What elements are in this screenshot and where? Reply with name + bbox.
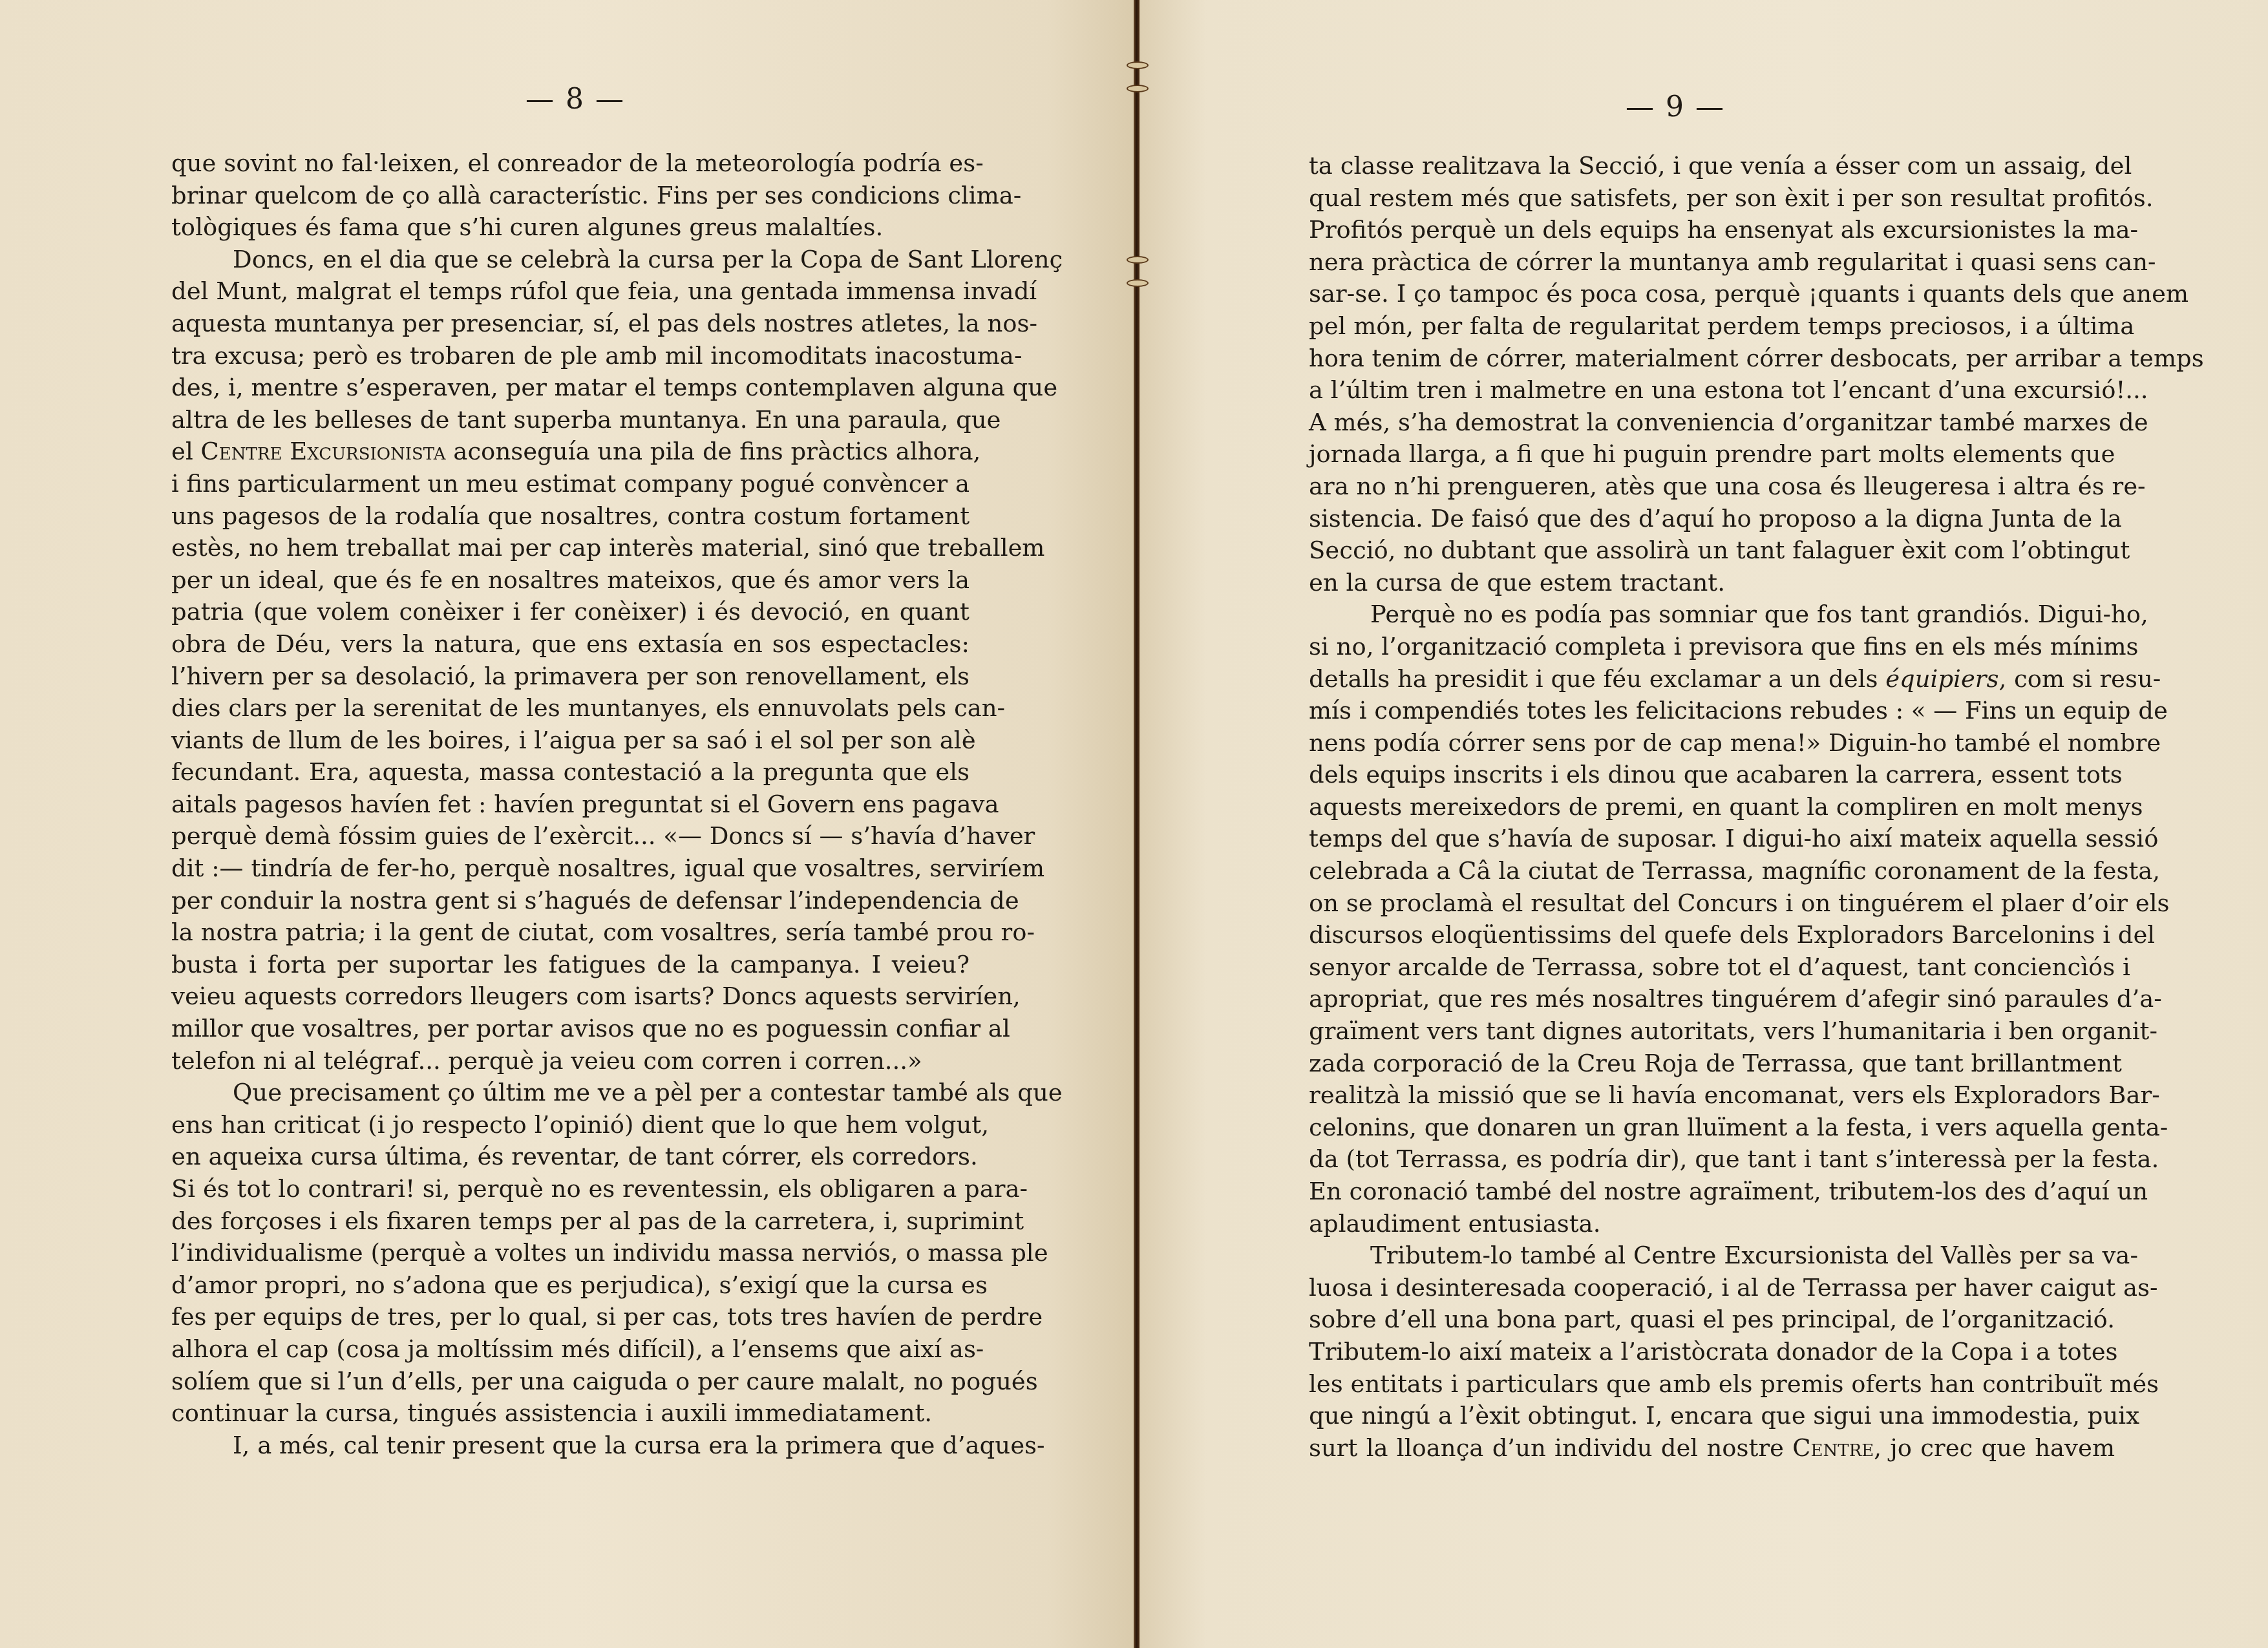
text-line: Profitós perquè un dels equips ha enseny… xyxy=(1309,214,2115,246)
text-line: realitzà la missió que se li havía encom… xyxy=(1309,1079,2115,1112)
text-line: altra de les belleses de tant superba mu… xyxy=(171,404,970,436)
text-line: apropriat, que res més nosaltres tinguér… xyxy=(1309,983,2115,1015)
text-line: on se proclamà el resultat del Concurs i… xyxy=(1309,887,2115,920)
text-line: continuar la cursa, tingués assistencia … xyxy=(171,1397,970,1430)
text-line: tra excusa; però es trobaren de ple amb … xyxy=(171,340,970,372)
text-line: uns pagesos de la rodalía que nosaltres,… xyxy=(171,500,970,533)
text-line: celonins, que donaren un gran lluïment a… xyxy=(1309,1112,2115,1144)
binding-stitch xyxy=(1127,279,1149,287)
text-line: detalls ha presidit i que féu exclamar a… xyxy=(1309,663,2115,695)
text-line: aplaudiment entusiasta. xyxy=(1309,1208,2115,1240)
text-line: nera pràctica de córrer la muntanya amb … xyxy=(1309,246,2115,279)
text-line: Si és tot lo contrari! si, perquè no es … xyxy=(171,1173,970,1205)
text-line: jornada llarga, a fi que hi puguin prend… xyxy=(1309,438,2115,470)
text-line: en la cursa de que estem tractant. xyxy=(1309,567,2115,599)
text-line: dit :— tindría de fer-ho, perquè nosaltr… xyxy=(171,852,970,885)
text-line: si no, l’organització completa i previso… xyxy=(1309,631,2115,663)
text-line: per un ideal, que és fe en nosaltres mat… xyxy=(171,564,970,597)
text-line: viants de llum de les boires, i l’aigua … xyxy=(171,724,970,757)
text-line: aitals pagesos havíen fet : havíen pregu… xyxy=(171,788,970,821)
text-line: que sovint no fal·leixen, el conreador d… xyxy=(171,147,970,180)
text-line: alhora el cap (cosa ja moltíssim més dif… xyxy=(171,1333,970,1366)
text-line: sistencia. De faisó que des d’aquí ho pr… xyxy=(1309,503,2115,535)
right-page-body: ta classe realitzava la Secció, i que ve… xyxy=(1309,150,2115,1464)
text-line: dies clars per la serenitat de les munta… xyxy=(171,692,970,724)
text-line: fes per equips de tres, per lo qual, si … xyxy=(171,1301,970,1333)
text-line: en aqueixa cursa última, és reventar, de… xyxy=(171,1141,970,1173)
text-line: patria (que volem conèixer i fer conèixe… xyxy=(171,596,970,628)
text-line: veieu aquests corredors lleugers com isa… xyxy=(171,980,970,1013)
text-line: surt la lloança d’un individu del nostre… xyxy=(1309,1432,2115,1464)
book-spine xyxy=(1134,0,1139,1648)
text-line: pel món, per falta de regularitat perdem… xyxy=(1309,310,2115,343)
text-line: celebrada a Câ la ciutat de Terrassa, ma… xyxy=(1309,855,2115,887)
page-number-8: — 8 — xyxy=(446,83,705,116)
text-line: sobre d’ell una bona part, quasi el pes … xyxy=(1309,1304,2115,1336)
text-line: graïment vers tant dignes autoritats, ve… xyxy=(1309,1015,2115,1048)
text-line: la nostra patria; i la gent de ciutat, c… xyxy=(171,916,970,949)
text-line: que ningú a l’èxit obtingut. I, encara q… xyxy=(1309,1400,2115,1432)
binding-stitch xyxy=(1127,256,1149,264)
text-line: luosa i desinteresada cooperació, i al d… xyxy=(1309,1272,2115,1304)
text-line: l’hivern per sa desolació, la primavera … xyxy=(171,660,970,693)
text-line: Secció, no dubtant que assolirà un tant … xyxy=(1309,534,2115,567)
text-line: telefon ni al telégraf... perquè ja veie… xyxy=(171,1045,970,1077)
left-page-body: que sovint no fal·leixen, el conreador d… xyxy=(171,147,970,1461)
text-line: ara no n’hi prengueren, atès que una cos… xyxy=(1309,470,2115,503)
binding-stitch xyxy=(1127,85,1149,92)
text-line: l’individualisme (perquè a voltes un ind… xyxy=(171,1237,970,1269)
text-line: a l’últim tren i malmetre en una estona … xyxy=(1309,374,2115,407)
text-line: el Centre Excursionista aconseguía una p… xyxy=(171,436,970,468)
text-line: des, i, mentre s’esperaven, per matar el… xyxy=(171,372,970,404)
text-line: aquesta muntanya per presenciar, sí, el … xyxy=(171,308,970,340)
text-line: i fins particularment un meu estimat com… xyxy=(171,468,970,500)
text-line: mís i compendiés totes les felicitacions… xyxy=(1309,695,2115,727)
text-line: discursos eloqüentissims del quefe dels … xyxy=(1309,919,2115,951)
text-line: Tributem-lo així mateix a l’aristòcrata … xyxy=(1309,1336,2115,1368)
text-line: Que precisament ço últim me ve a pèl per… xyxy=(171,1077,970,1109)
text-line: senyor arcalde de Terrassa, sobre tot el… xyxy=(1309,951,2115,984)
text-line: perquè demà fóssim guies de l’exèrcit...… xyxy=(171,820,970,852)
text-line: des forçoses i els fixaren temps per al … xyxy=(171,1205,970,1238)
text-line: fecundant. Era, aquesta, massa contestac… xyxy=(171,756,970,788)
text-line: brinar quelcom de ço allà característic.… xyxy=(171,180,970,212)
text-line: per conduir la nostra gent si s’hagués d… xyxy=(171,885,970,917)
text-line: A més, s’ha demostrat la conveniencia d’… xyxy=(1309,407,2115,439)
text-line: obra de Déu, vers la natura, que ens ext… xyxy=(171,628,970,660)
text-line: nens podía córrer sens por de cap mena!»… xyxy=(1309,727,2115,759)
text-line: estès, no hem treballat mai per cap inte… xyxy=(171,532,970,564)
text-line: hora tenim de córrer, materialment córre… xyxy=(1309,343,2115,375)
text-line: ta classe realitzava la Secció, i que ve… xyxy=(1309,150,2115,182)
text-line: aquests mereixedors de premi, en quant l… xyxy=(1309,791,2115,823)
text-line: Tributem-lo també al Centre Excursionist… xyxy=(1309,1240,2115,1272)
text-line: solíem que si l’un d’ells, per una caigu… xyxy=(171,1366,970,1398)
page-number-9: — 9 — xyxy=(1546,90,1805,123)
text-line: dels equips inscrits i els dinou que aca… xyxy=(1309,759,2115,791)
text-line: busta i forta per suportar les fatigues … xyxy=(171,949,970,981)
text-line: Perquè no es podía pas somniar que fos t… xyxy=(1309,598,2115,631)
binding-stitch xyxy=(1127,61,1149,69)
text-line: zada corporació de la Creu Roja de Terra… xyxy=(1309,1048,2115,1080)
text-line: les entitats i particulars que amb els p… xyxy=(1309,1368,2115,1400)
text-line: d’amor propri, no s’adona que es perjudi… xyxy=(171,1269,970,1302)
text-line: En coronació també del nostre agraïment,… xyxy=(1309,1176,2115,1208)
text-line: tològiques és fama que s’hi curen algune… xyxy=(171,211,970,244)
right-page: — 9 — ta classe realitzava la Secció, i … xyxy=(1139,0,2268,1648)
text-line: del Munt, malgrat el temps rúfol que fei… xyxy=(171,275,970,308)
text-line: ens han criticat (i jo respecto l’opinió… xyxy=(171,1109,970,1141)
text-line: millor que vosaltres, per portar avisos … xyxy=(171,1013,970,1045)
text-line: da (tot Terrassa, es podría dir), que ta… xyxy=(1309,1143,2115,1176)
text-line: Doncs, en el dia que se celebrà la cursa… xyxy=(171,244,970,276)
left-page: — 8 — que sovint no fal·leixen, el conre… xyxy=(0,0,1139,1648)
text-line: qual restem més que satisfets, per son è… xyxy=(1309,182,2115,215)
text-line: sar-se. I ço tampoc és poca cosa, perquè… xyxy=(1309,278,2115,310)
text-line: I, a més, cal tenir present que la cursa… xyxy=(171,1430,970,1462)
text-line: temps del que s’havía de suposar. I digu… xyxy=(1309,823,2115,855)
